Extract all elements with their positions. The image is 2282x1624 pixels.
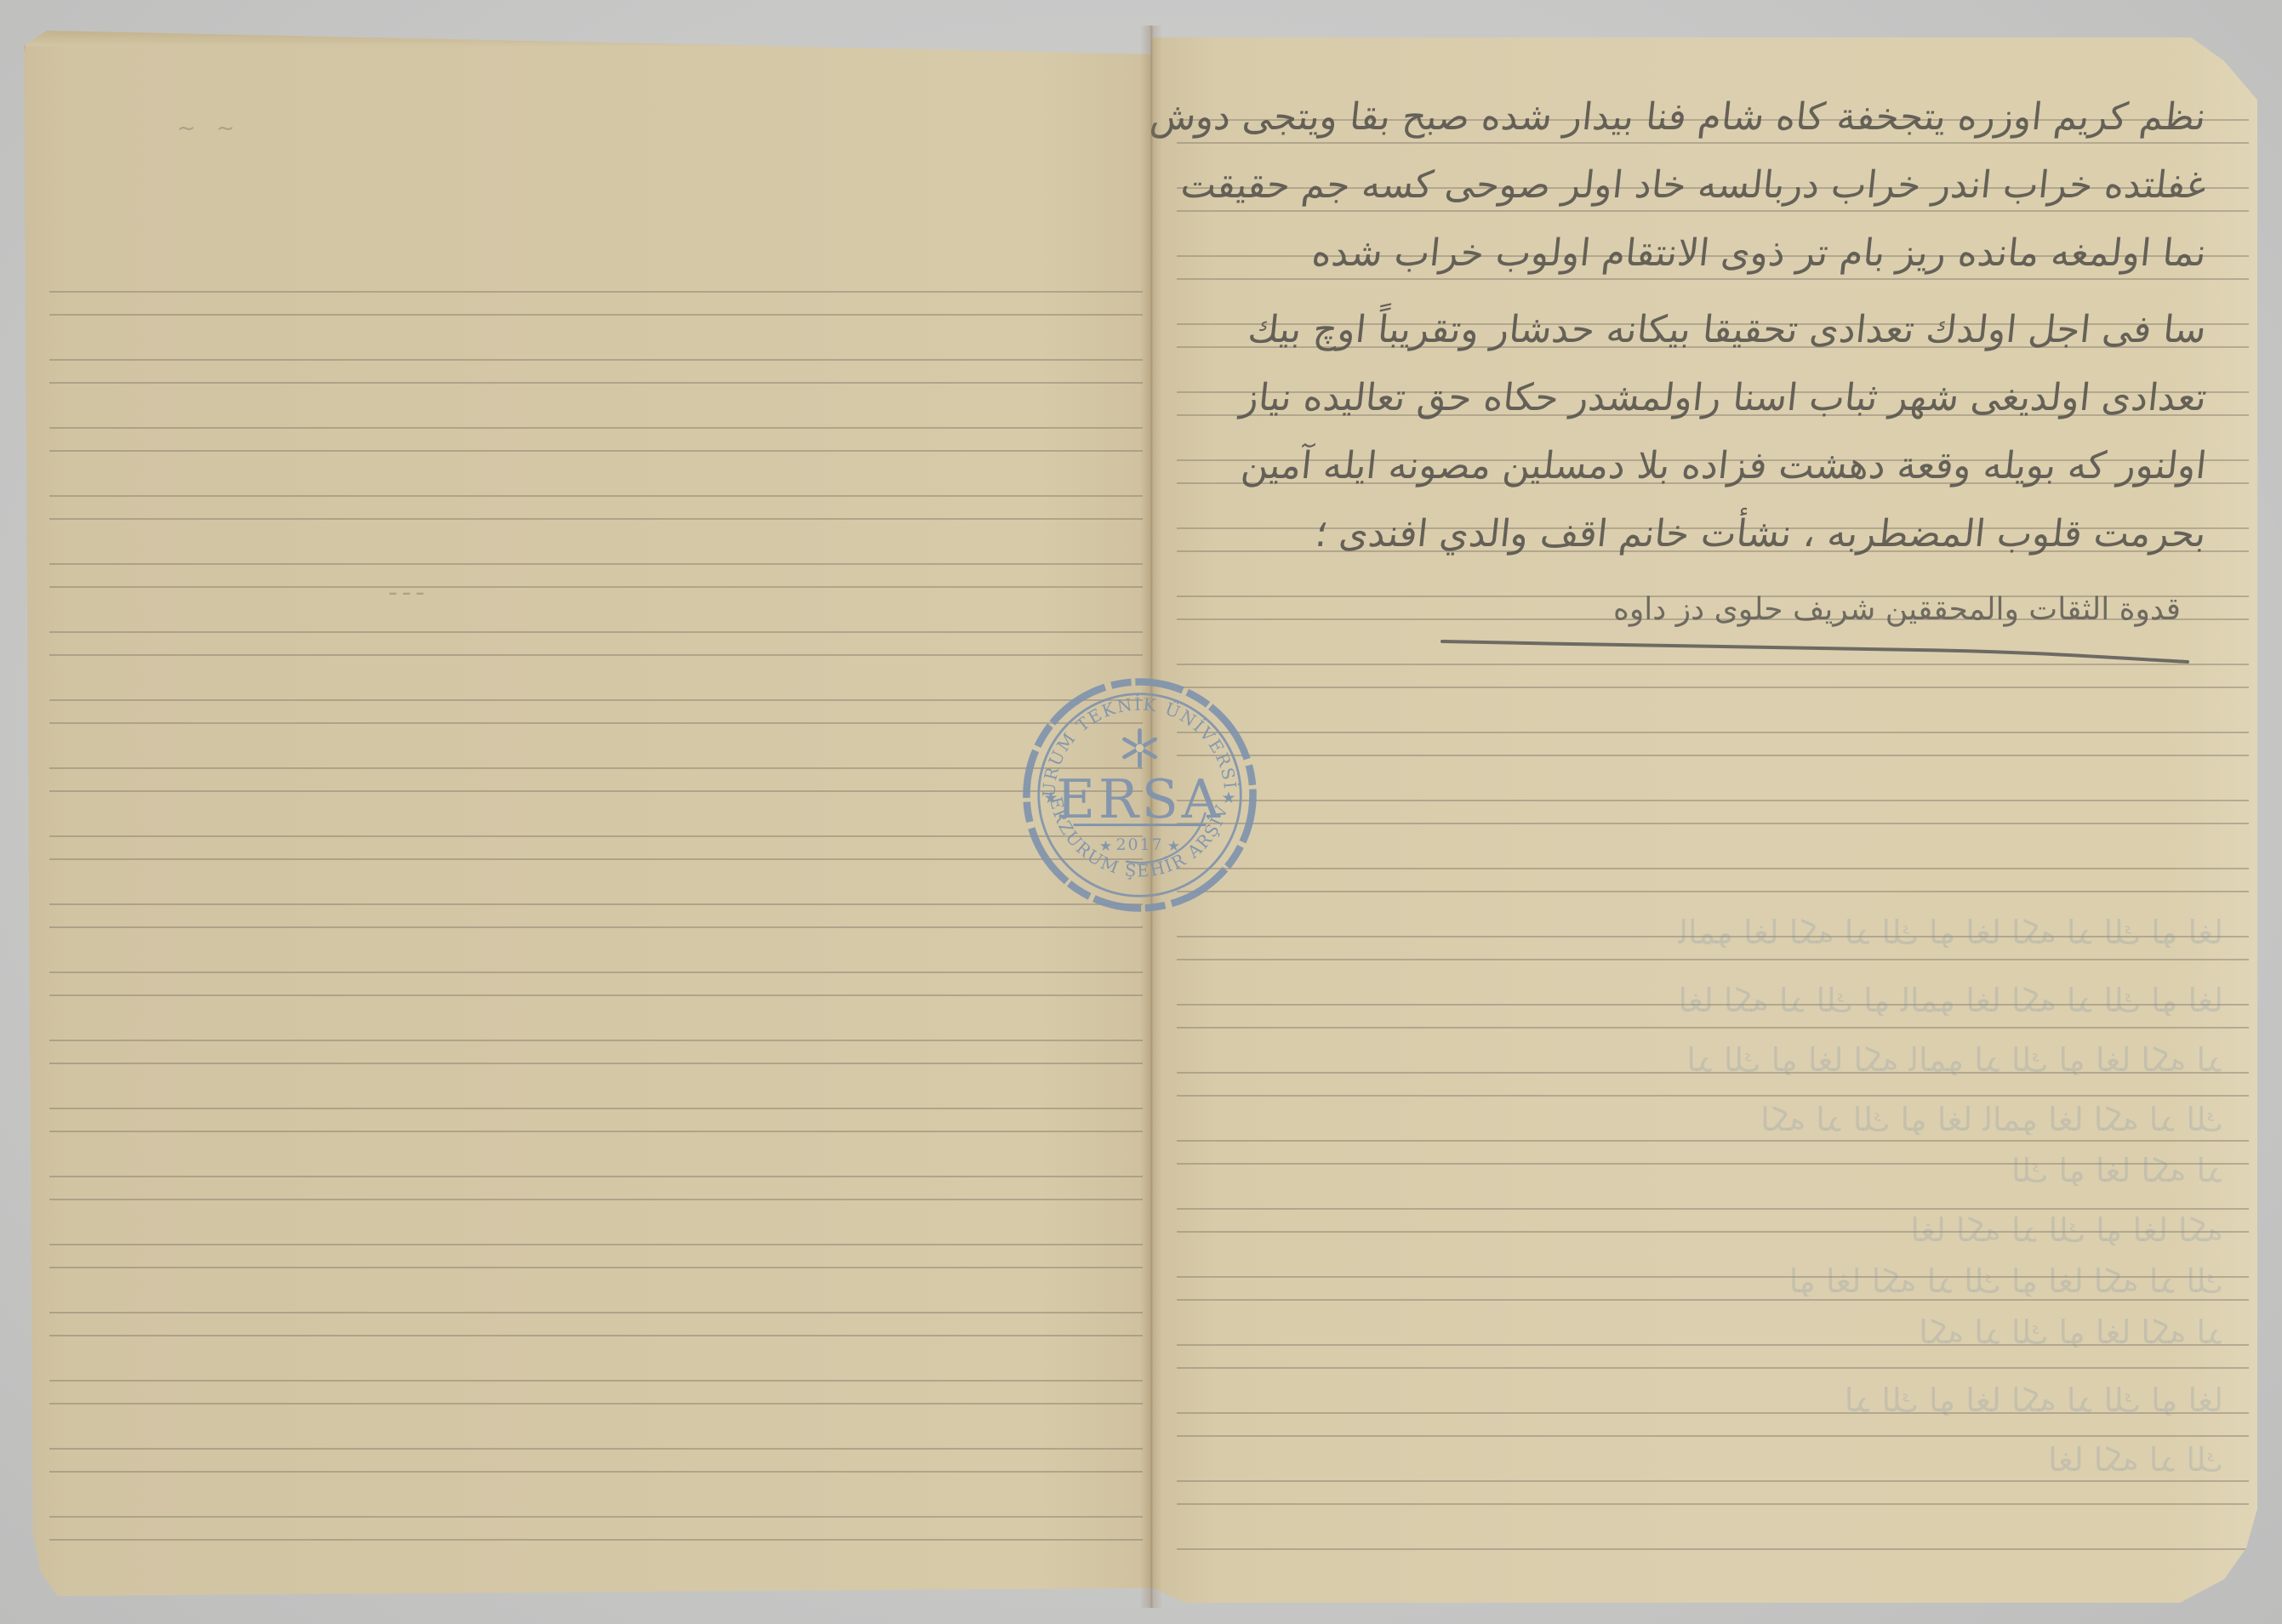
ruled-line — [1177, 1435, 2249, 1437]
ruled-line — [49, 314, 1143, 316]
faint-pencil-mark: ~ ~ — [177, 116, 242, 141]
ruled-line — [1177, 1548, 2249, 1550]
ruled-line — [1177, 1208, 2249, 1210]
faint-pencil-mark: ـ ـ ـ — [390, 575, 423, 601]
ruled-line — [1177, 1503, 2249, 1505]
ruled-line — [49, 1471, 1143, 1473]
signature-line: قدوة الثقات والمحققين شريف حلوى دز داوه — [1613, 592, 2181, 627]
handwritten-line-6: اولنور كه بويله وقعة دهشت فزاده بلا دمسل… — [1239, 444, 2209, 487]
handwritten-line-7: بحرمت قلوب المضطربه ، نشأت خانم اقف والد… — [1314, 512, 2209, 556]
left-page: ـ ـ ـ ~ ~ — [24, 31, 1151, 1596]
ruled-line — [1177, 800, 2249, 801]
ruled-line — [49, 1403, 1143, 1405]
ruled-line — [1177, 891, 2249, 892]
ruled-line — [49, 1539, 1143, 1541]
bleed-through-text: ﻟﻮ ﻟﻐﺎ ﻟﻜﻪ ﻟﺪ ﻟﻚ ﻟﻮ ﻟﻐﺎ ﻟﻜﻪ ﻟﺪ ﻟﻚ — [1185, 1262, 2223, 1296]
scan-background: ـ ـ ـ ~ ~ ﺎﻟﻤﻮ ﻟﻐﺎ ﻟﻜﻪ ﻟﺪ ﻟﻚ ﻟﻮ ﻟﻐﺎ ﻟﻜﻪ … — [0, 0, 2282, 1624]
ruled-line — [49, 382, 1143, 384]
bleed-through-text: ﻟﻐﺎ ﻟﻜﻪ ﻟﺪ ﻟﻚ ﻟﻮ ﻟﻐﺎ ﻟﻜﻪ — [1185, 1211, 2223, 1245]
ruled-line — [1177, 1140, 2249, 1142]
ruled-line — [1177, 278, 2249, 280]
ruled-line — [1177, 732, 2249, 733]
ruled-line — [49, 1335, 1143, 1336]
bleed-through-text: ﻟﺪ ﻟﻚ ﻟﻮ ﻟﻐﺎ ﻟﻜﻪ ﺎﻟﻤﻮ ﻟﺪ ﻟﻚ ﻟﻮ ﻟﻐﺎ ﻟﻜﻪ ﻟ… — [1185, 1041, 2223, 1075]
ruled-line — [49, 1448, 1143, 1450]
ruled-line — [49, 926, 1143, 928]
ruled-line — [1177, 959, 2249, 960]
ruled-line — [1177, 823, 2249, 824]
ruled-line — [49, 1040, 1143, 1041]
ruled-line — [49, 586, 1143, 588]
ruled-line — [49, 1380, 1143, 1382]
ruled-line — [49, 563, 1143, 565]
ruled-line — [49, 654, 1143, 656]
ruled-line — [49, 972, 1143, 973]
ruled-line — [49, 835, 1143, 837]
handwritten-line-3: نما اولمغه مانده ريز بام تر ذوى الانتقام… — [1309, 231, 2208, 275]
ruled-line — [1177, 755, 2249, 756]
ruled-line — [49, 699, 1143, 701]
ruled-line — [49, 722, 1143, 724]
ruled-line — [1177, 687, 2249, 688]
ruled-line — [49, 495, 1143, 497]
handwritten-line-2: غفلتده خراب اندر خراب دربالسه خاد اولر ص… — [1179, 163, 2209, 207]
ruled-line — [49, 903, 1143, 905]
right-page: ﺎﻟﻤﻮ ﻟﻐﺎ ﻟﻜﻪ ﻟﺪ ﻟﻚ ﻟﻮ ﻟﻐﺎ ﻟﻜﻪ ﻟﺪ ﻟﻚ ﻟﻮ ﻟ… — [1151, 37, 2257, 1603]
handwritten-line-4: سا فى اجل اولدك تعدادى تحقيقا بيكانه حدش… — [1246, 308, 2208, 351]
ruled-line — [1177, 142, 2249, 144]
bleed-through-text: ﻟﻚ ﻟﻮ ﻟﻐﺎ ﻟﻜﻪ ﻟﺪ — [1185, 1152, 2223, 1186]
ruled-line — [49, 790, 1143, 792]
bleed-through-text: ﺎﻟﻤﻮ ﻟﻐﺎ ﻟﻜﻪ ﻟﺪ ﻟﻚ ﻟﻮ ﻟﻐﺎ ﻟﻜﻪ ﻟﺪ ﻟﻚ ﻟﻮ ﻟ… — [1185, 914, 2223, 948]
ruled-line — [49, 1312, 1143, 1313]
ruled-line — [1177, 1480, 2249, 1482]
handwritten-line-5: تعدادى اولديغى شهر ثباب اسنا راولمشدر حك… — [1238, 376, 2209, 419]
ruled-lines-left — [24, 31, 1151, 1596]
page-top-edge — [24, 31, 1151, 46]
bleed-through-text: ﻟﺪ ﻟﻚ ﻟﻮ ﻟﻐﺎ ﻟﻜﻪ ﻟﺪ ﻟﻚ ﻟﻮ ﻟﻐﺎ — [1185, 1382, 2223, 1416]
ruled-line — [49, 1176, 1143, 1177]
bleed-through-text: ﻟﻜﻪ ﻟﺪ ﻟﻚ ﻟﻮ ﻟﻐﺎ ﺎﻟﻤﻮ ﻟﻐﺎ ﻟﻜﻪ ﻟﺪ ﻟﻚ — [1185, 1101, 2223, 1135]
ruled-line — [49, 858, 1143, 860]
ruled-line — [49, 518, 1143, 520]
ruled-line — [49, 359, 1143, 361]
ruled-line — [49, 767, 1143, 769]
ruled-line — [49, 450, 1143, 452]
ruled-line — [49, 631, 1143, 633]
signature-underline — [1441, 633, 2189, 667]
ruled-line — [1177, 210, 2249, 212]
ruled-line — [1177, 868, 2249, 869]
ruled-line — [49, 1131, 1143, 1132]
ruled-line — [49, 1516, 1143, 1518]
ruled-line — [49, 291, 1143, 293]
ruled-line — [1177, 1367, 2249, 1369]
bleed-through-text: ﻟﻐﺎ ﻟﻜﻪ ﻟﺪ ﻟﻚ — [1185, 1441, 2223, 1475]
ruled-line — [1177, 1027, 2249, 1029]
bleed-through-text: ﻟﻜﻪ ﻟﺪ ﻟﻚ ﻟﻮ ﻟﻐﺎ ﻟﻜﻪ ﻟﺪ — [1185, 1313, 2223, 1348]
ruled-line — [49, 1108, 1143, 1109]
ruled-line — [1177, 664, 2249, 665]
bleed-through-text: ﻟﻐﺎ ﻟﻜﻪ ﻟﺪ ﻟﻚ ﻟﻮ ﺎﻟﻤﻮ ﻟﻐﺎ ﻟﻜﻪ ﻟﺪ ﻟﻚ ﻟﻮ ﻟ… — [1185, 982, 2223, 1016]
ruled-line — [1177, 1299, 2249, 1301]
ruled-line — [1177, 1095, 2249, 1097]
handwritten-line-1: نظم كريم اوزره يتجخفة كاه شام فنا بيدار … — [1151, 95, 2209, 139]
ruled-line — [49, 1063, 1143, 1064]
ruled-line — [49, 427, 1143, 429]
ruled-line — [49, 1199, 1143, 1200]
ruled-line — [49, 994, 1143, 996]
ruled-line — [49, 1267, 1143, 1268]
ruled-line — [49, 1244, 1143, 1245]
